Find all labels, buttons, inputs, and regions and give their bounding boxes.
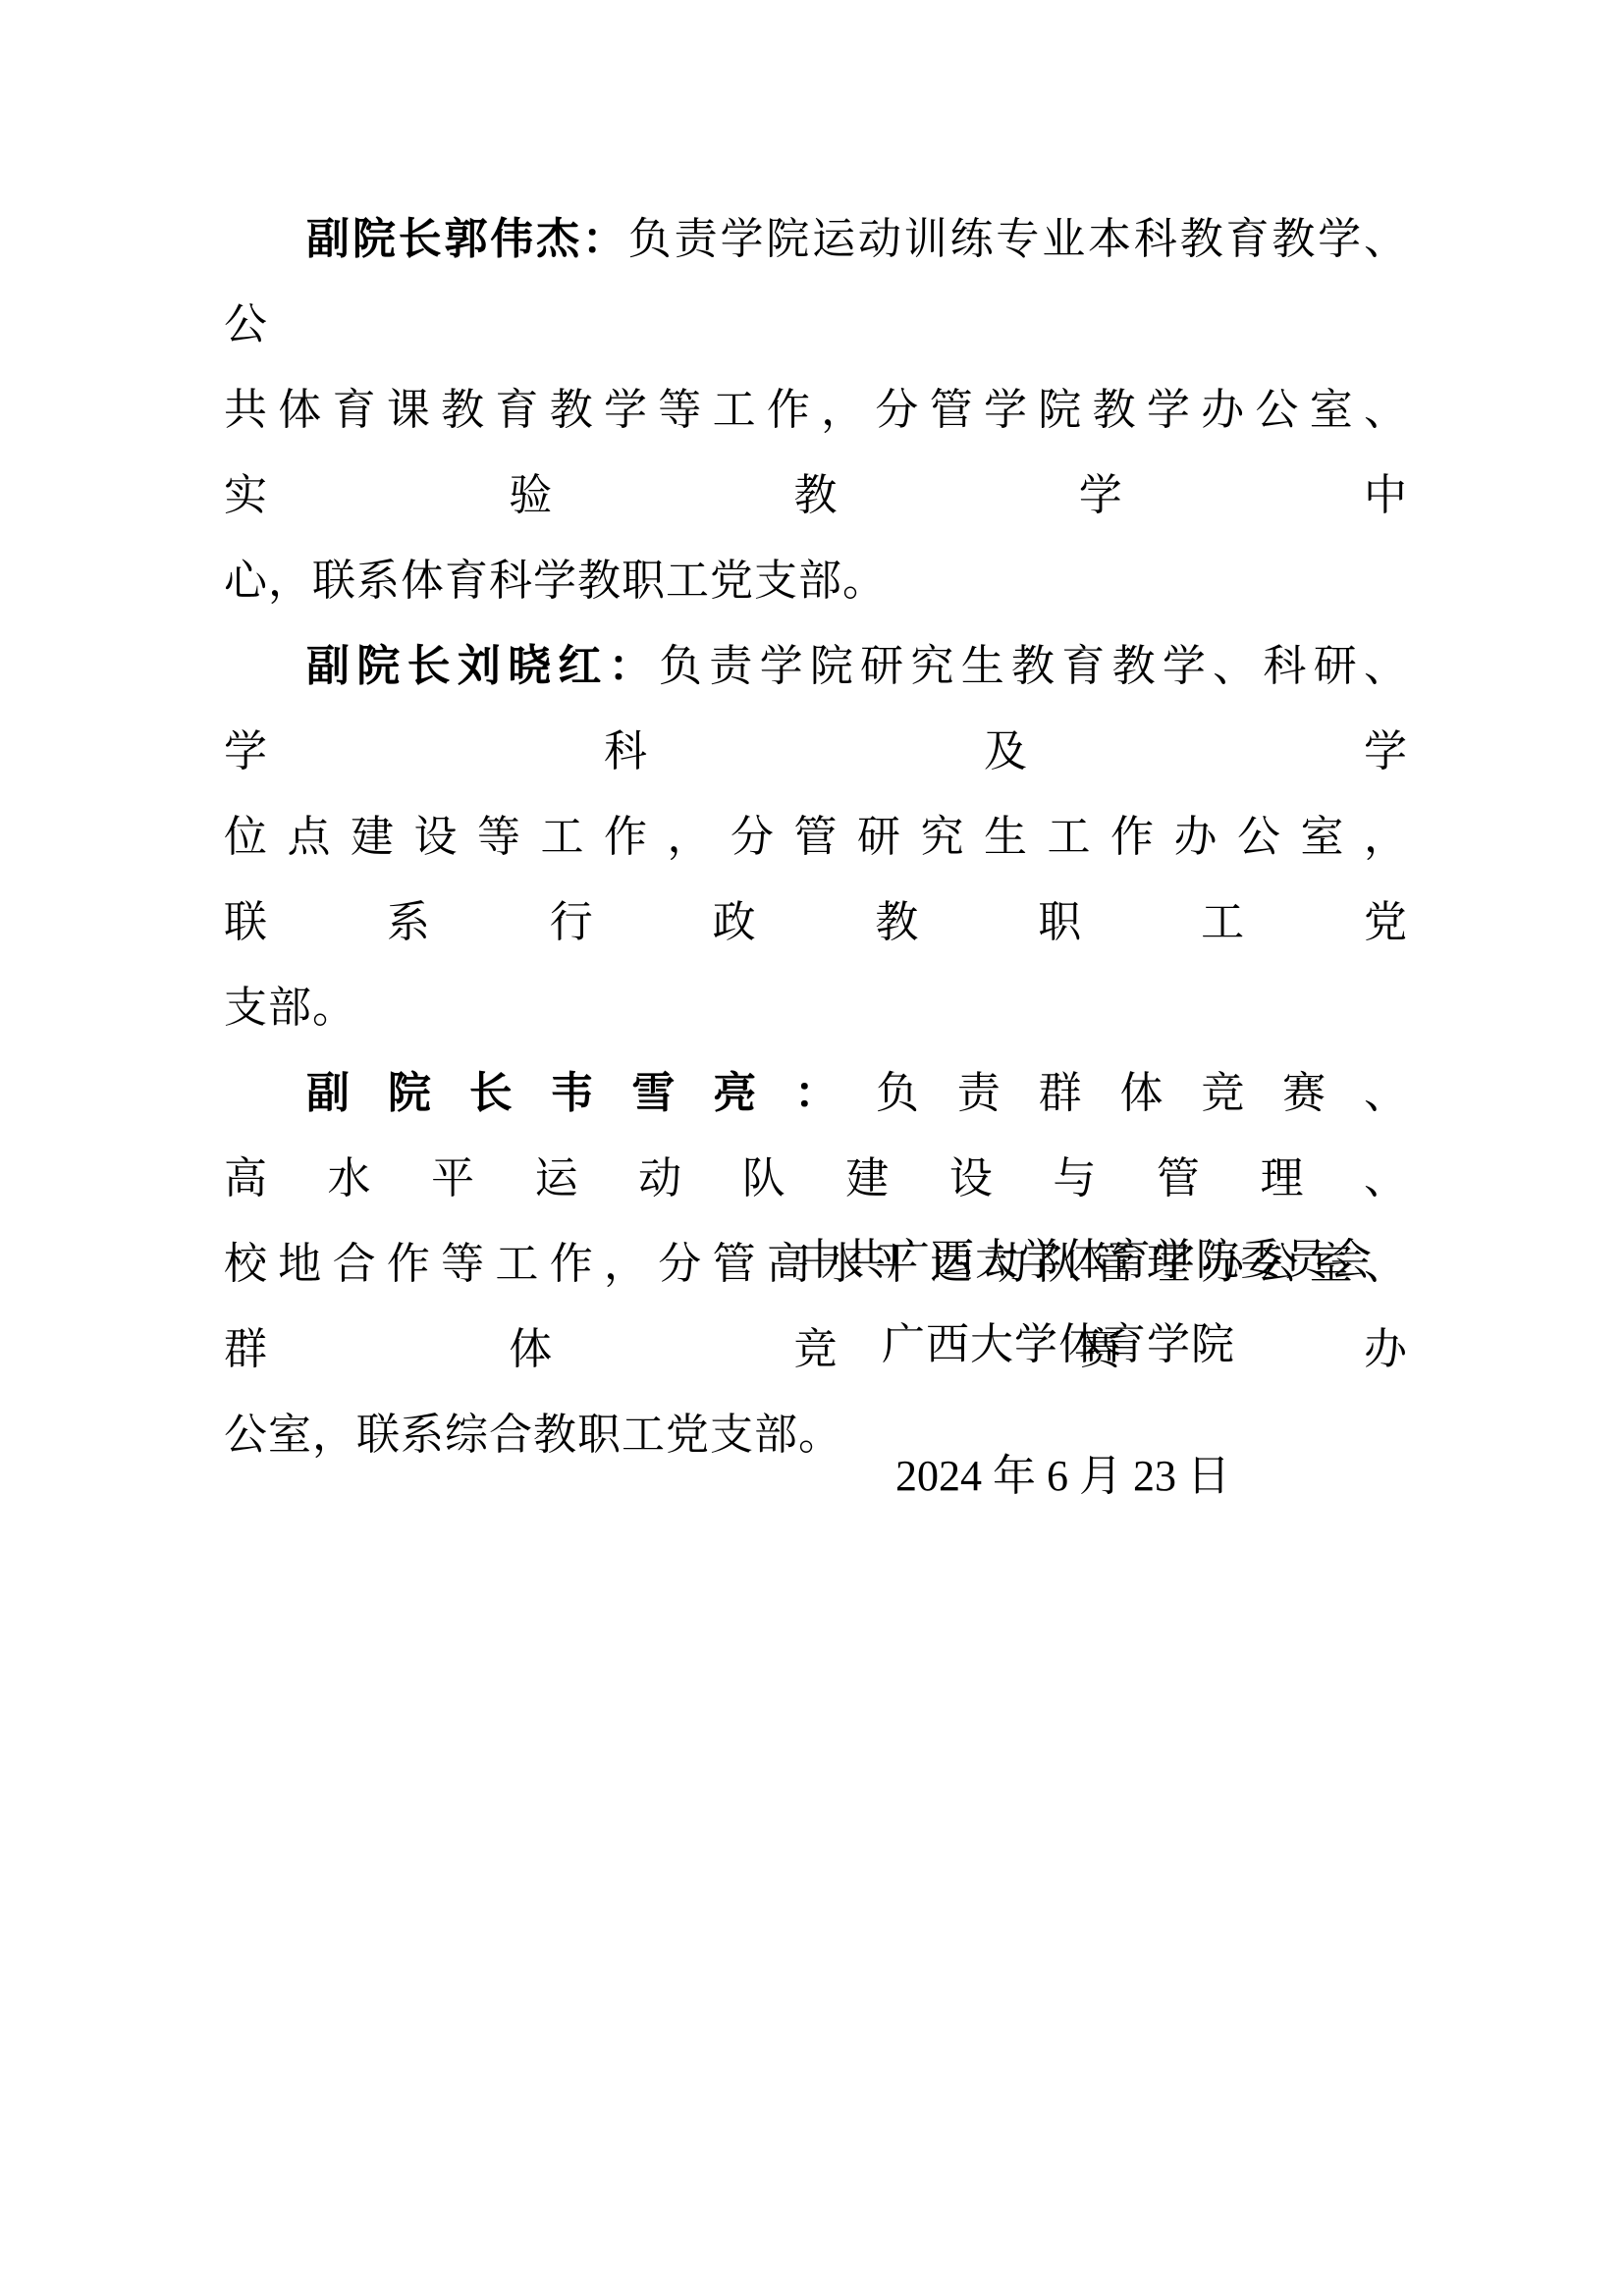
paragraph-line: 副院长韦雪亮：负责群体竞赛、高水平运动队建设与管理、 xyxy=(224,1050,1408,1221)
vice-dean-name-bold: 副院长刘晓红： xyxy=(306,642,659,690)
paragraph-line: 共体育课教育教学等工作，分管学院教学办公室、实验教学中 xyxy=(224,367,1408,538)
signature-org-committee: 中共广西大学体育学院委员会 xyxy=(798,1231,1373,1290)
document-page: 副院长郭伟杰：负责学院运动训练专业本科教育教学、公 共体育课教育教学等工作，分管… xyxy=(0,0,1624,2296)
paragraph-line: 支部。 xyxy=(224,965,1408,1050)
paragraph-line: 位点建设等工作，分管研究生工作办公室，联系行政教职工党 xyxy=(224,794,1408,965)
signature-org-college: 广西大学体育学院 xyxy=(882,1315,1235,1374)
paragraph-line: 副院长刘晓红：负责学院研究生教育教学、科研、学科及学 xyxy=(224,623,1408,794)
vice-dean-name-bold: 副院长韦雪亮： xyxy=(306,1069,876,1117)
vice-dean-name-bold: 副院长郭伟杰： xyxy=(306,215,628,263)
paragraph-vice-dean-guo: 副院长郭伟杰：负责学院运动训练专业本科教育教学、公 共体育课教育教学等工作，分管… xyxy=(224,196,1408,623)
paragraph-line: 副院长郭伟杰：负责学院运动训练专业本科教育教学、公 xyxy=(224,196,1408,367)
paragraph-line: 公室，联系综合教职工党支部。 xyxy=(224,1392,1408,1477)
paragraph-line: 心，联系体育科学教职工党支部。 xyxy=(224,538,1408,623)
paragraph-vice-dean-liu: 副院长刘晓红：负责学院研究生教育教学、科研、学科及学 位点建设等工作，分管研究生… xyxy=(224,623,1408,1050)
signature-date: 2024 年 6 月 23 日 xyxy=(895,1447,1230,1506)
